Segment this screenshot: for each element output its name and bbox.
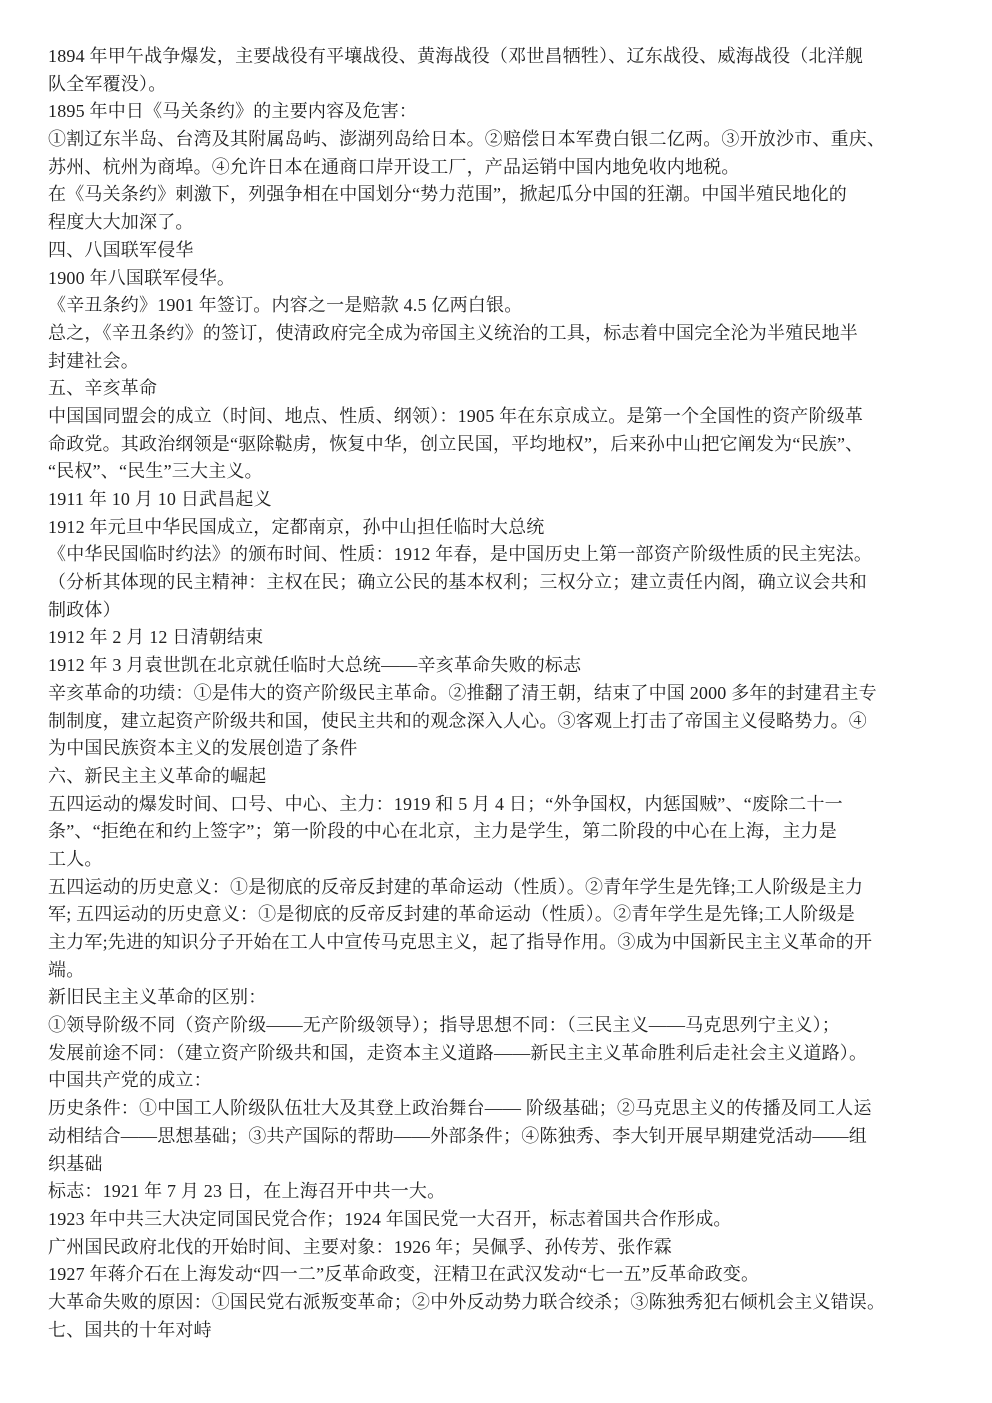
text-line: “民权”、“民生”三大主义。 (48, 458, 886, 486)
text-line: 1900 年八国联军侵华。 (48, 265, 886, 293)
text-line: 动相结合——思想基础；③共产国际的帮助——外部条件；④陈独秀、李大钊开展早期建党… (48, 1123, 886, 1151)
text-line: 端。 (48, 957, 886, 985)
text-line: 1912 年元旦中华民国成立，定都南京，孙中山担任临时大总统 (48, 514, 886, 542)
text-line: 大革命失败的原因：①国民党右派叛变革命；②中外反动势力联合绞杀；③陈独秀犯右倾机… (48, 1289, 886, 1317)
text-line: 1923 年中共三大决定同国民党合作；1924 年国民党一大召开，标志着国共合作… (48, 1206, 886, 1234)
text-line: 辛亥革命的功绩：①是伟大的资产阶级民主革命。②推翻了清王朝，结束了中国 2000… (48, 680, 886, 708)
text-line: 1895 年中日《马关条约》的主要内容及危害： (48, 98, 886, 126)
text-line: 1912 年 3 月袁世凯在北京就任临时大总统——辛亥革命失败的标志 (48, 652, 886, 680)
text-line: 织基础 (48, 1151, 886, 1179)
text-line: 四、八国联军侵华 (48, 237, 886, 265)
text-line: 制制度，建立起资产阶级共和国，使民主共和的观念深入人心。③客观上打击了帝国主义侵… (48, 708, 886, 736)
text-line: 为中国民族资本主义的发展创造了条件 (48, 735, 886, 763)
text-line: 在《马关条约》刺激下，列强争相在中国划分“势力范围”，掀起瓜分中国的狂潮。中国半… (48, 181, 886, 209)
document-page: 1894 年甲午战争爆发，主要战役有平壤战役、黄海战役（邓世昌牺牲）、辽东战役、… (0, 0, 992, 1403)
text-line: 六、新民主主义革命的崛起 (48, 763, 886, 791)
text-line: 五、辛亥革命 (48, 375, 886, 403)
text-line: 《辛丑条约》1901 年签订。内容之一是赔款 4.5 亿两白银。 (48, 292, 886, 320)
text-line: 中国共产党的成立： (48, 1067, 886, 1095)
text-line: 历史条件：①中国工人阶级队伍壮大及其登上政治舞台—— 阶级基础；②马克思主义的传… (48, 1095, 886, 1123)
text-line: ①割辽东半岛、台湾及其附属岛屿、澎湖列岛给日本。②赔偿日本军费白银二亿两。③开放… (48, 126, 886, 154)
text-line: 封建社会。 (48, 348, 886, 376)
text-line: 工人。 (48, 846, 886, 874)
text-line: 军; 五四运动的历史意义：①是彻底的反帝反封建的革命运动（性质）。②青年学生是先… (48, 901, 886, 929)
text-line: （分析其体现的民主精神：主权在民；确立公民的基本权利；三权分立；建立责任内阁，确… (48, 569, 886, 597)
text-line: 标志：1921 年 7 月 23 日，在上海召开中共一大。 (48, 1178, 886, 1206)
text-line: 苏州、杭州为商埠。④允许日本在通商口岸开设工厂，产品运销中国内地免收内地税。 (48, 154, 886, 182)
document-body: 1894 年甲午战争爆发，主要战役有平壤战役、黄海战役（邓世昌牺牲）、辽东战役、… (48, 43, 886, 1344)
text-line: 1927 年蒋介石在上海发动“四一二”反革命政变，汪精卫在武汉发动“七一五”反革… (48, 1261, 886, 1289)
text-line: 命政党。其政治纲领是“驱除鞑虏，恢复中华，创立民国，平均地权”，后来孙中山把它阐… (48, 431, 886, 459)
text-line: 发展前途不同：（建立资产阶级共和国，走资本主义道路——新民主主义革命胜利后走社会… (48, 1040, 886, 1068)
text-line: 程度大大加深了。 (48, 209, 886, 237)
text-line: 1894 年甲午战争爆发，主要战役有平壤战役、黄海战役（邓世昌牺牲）、辽东战役、… (48, 43, 886, 71)
text-line: 条”、“拒绝在和约上签字”；第一阶段的中心在北京，主力是学生，第二阶段的中心在上… (48, 818, 886, 846)
text-line: 中国国同盟会的成立（时间、地点、性质、纲领）：1905 年在东京成立。是第一个全… (48, 403, 886, 431)
text-line: 五四运动的历史意义：①是彻底的反帝反封建的革命运动（性质）。②青年学生是先锋;工… (48, 874, 886, 902)
text-line: 主力军;先进的知识分子开始在工人中宣传马克思主义，起了指导作用。③成为中国新民主… (48, 929, 886, 957)
text-line: 《中华民国临时约法》的颁布时间、性质：1912 年春，是中国历史上第一部资产阶级… (48, 541, 886, 569)
text-line: 制政体） (48, 597, 886, 625)
text-line: 广州国民政府北伐的开始时间、主要对象：1926 年；吴佩孚、孙传芳、张作霖 (48, 1234, 886, 1262)
text-line: 七、国共的十年对峙 (48, 1317, 886, 1345)
text-line: 新旧民主主义革命的区别： (48, 984, 886, 1012)
text-line: 1911 年 10 月 10 日武昌起义 (48, 486, 886, 514)
text-line: 队全军覆没）。 (48, 71, 886, 99)
text-line: ①领导阶级不同（资产阶级——无产阶级领导）；指导思想不同：（三民主义——马克思列… (48, 1012, 886, 1040)
text-line: 五四运动的爆发时间、口号、中心、主力：1919 和 5 月 4 日；“外争国权，… (48, 791, 886, 819)
text-line: 1912 年 2 月 12 日清朝结束 (48, 624, 886, 652)
text-line: 总之，《辛丑条约》的签订，使清政府完全成为帝国主义统治的工具，标志着中国完全沦为… (48, 320, 886, 348)
